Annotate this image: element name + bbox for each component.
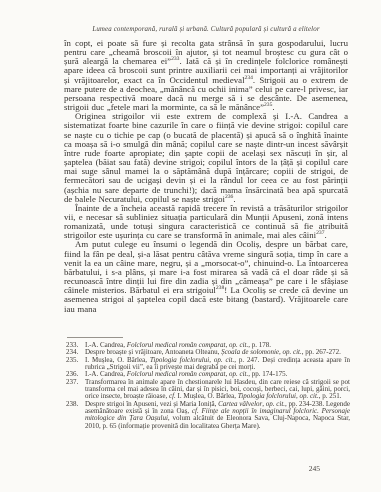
footnote: 235.I. Mușlea, O. Bârlea, Tipologia folc…	[66, 357, 350, 372]
text-segment: Originea strigoilor vii este extrem de c…	[64, 111, 348, 203]
footnote-number: 235.	[66, 357, 85, 364]
footnote-reference: 238	[216, 285, 224, 291]
text-segment: Înainte de a încheia această rapidă trec…	[64, 203, 348, 240]
footnote-number: 238.	[66, 401, 85, 408]
footnote-separator	[67, 337, 123, 338]
body-paragraph: Am putut culege eu însumi o legendă din …	[64, 240, 348, 313]
footnote-reference: 234	[245, 75, 253, 81]
book-page: Lumea contemporană, rurală și urbană. Cu…	[0, 0, 381, 492]
page-number: 245	[309, 464, 320, 473]
running-header: Lumea contemporană, rurală și urbană. Cu…	[56, 26, 356, 33]
footnote-text: Despre strigoi în Apuseni, vezi și Maria…	[85, 400, 350, 430]
footnote: 237.Transformarea în animale apare în ch…	[66, 379, 350, 401]
body-paragraph: Înainte de a încheia această rapidă trec…	[64, 204, 348, 241]
footnote-text: Transformarea în animale apare în chesti…	[85, 378, 350, 401]
body-paragraph: Originea strigoilor vii este extrem de c…	[64, 112, 348, 204]
footnote: 238.Despre strigoi în Apuseni, vezi și M…	[66, 401, 350, 430]
body-paragraph: în copt, ei poate să fure și recolta gat…	[64, 39, 348, 112]
footnote-number: 237.	[66, 379, 85, 386]
body-text: în copt, ei poate să fure și recolta gat…	[64, 39, 348, 314]
footnotes-section: 233.I.-A. Candrea, Folclorul medical rom…	[66, 337, 350, 430]
footnote-text: I. Mușlea, O. Bârlea, Tipologia folcloru…	[85, 356, 350, 371]
